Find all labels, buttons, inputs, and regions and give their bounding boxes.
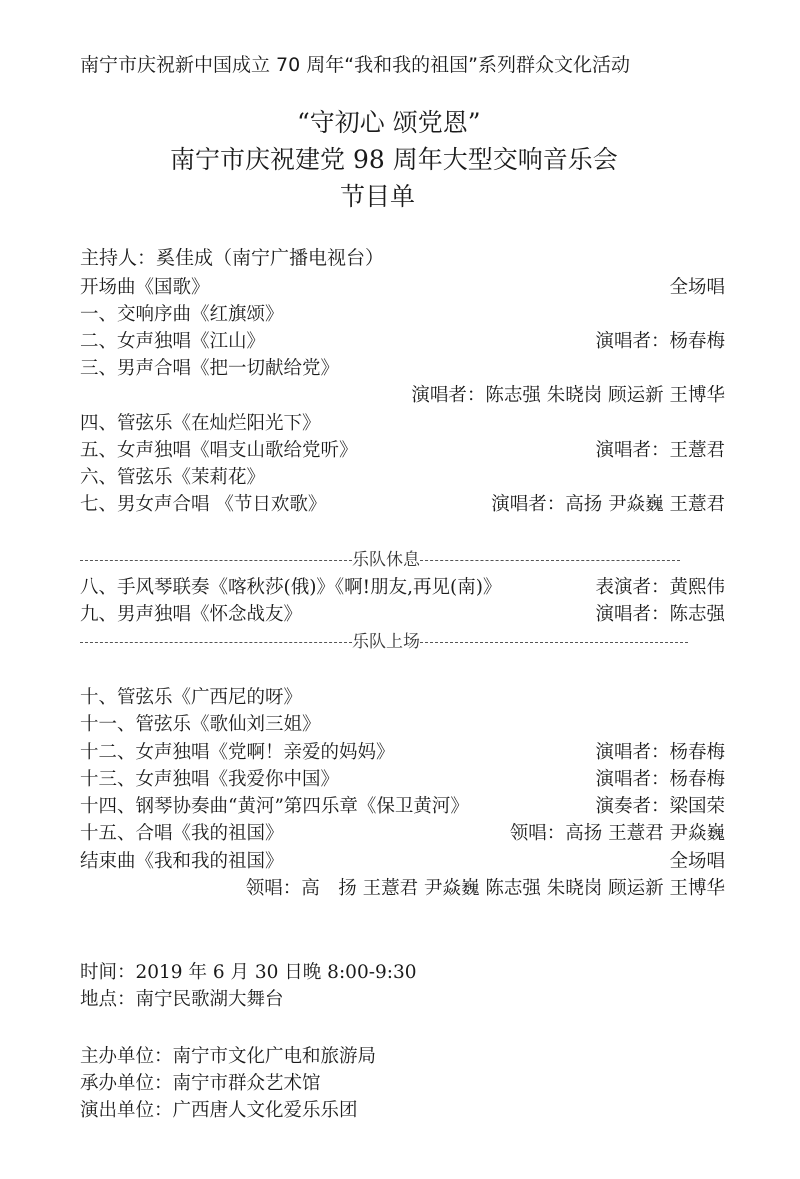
program-performer: 演唱者：杨春梅 bbox=[595, 738, 725, 764]
program-title: 八、手风琴联奏《喀秋莎(俄)》《啊!朋友,再见(南)》 bbox=[80, 573, 501, 599]
program-title: 十一、管弦乐《歌仙刘三姐》 bbox=[80, 710, 321, 736]
organizer-unit: 承办单位：南宁市群众艺术馆 bbox=[80, 1069, 321, 1095]
program-item: 六、管弦乐《茉莉花》 bbox=[80, 463, 725, 491]
program-item: 一、交响序曲《红旗颂》 bbox=[80, 300, 725, 328]
program-performer: 演唱者：王薏君 bbox=[595, 436, 725, 462]
program-performer: 演奏者：梁国荣 bbox=[595, 792, 725, 818]
program-item: 十一、管弦乐《歌仙刘三姐》 bbox=[80, 710, 725, 738]
program-item: 九、男声独唱《怀念战友》演唱者：陈志强 bbox=[80, 600, 725, 628]
program-title: 三、男声合唱《把一切献给党》 bbox=[80, 354, 339, 380]
intermission-label: 乐队休息 bbox=[352, 550, 420, 570]
program-item: 五、女声独唱《唱支山歌给党听》演唱者：王薏君 bbox=[80, 436, 725, 464]
host-unit: 主办单位：南宁市文化广电和旅游局 bbox=[80, 1042, 376, 1068]
divider-line bbox=[420, 642, 688, 643]
program-title: 五、女声独唱《唱支山歌给党听》 bbox=[80, 436, 358, 462]
event-venue: 地点：南宁民歌湖大舞台 bbox=[80, 985, 284, 1011]
theme-slogan: “守初心 颂党恩” bbox=[297, 103, 481, 139]
program-performer: 演唱者：杨春梅 bbox=[595, 327, 725, 353]
event-time: 时间：2019 年 6 月 30 日晚 8:00-9:30 bbox=[80, 958, 417, 984]
program-title: 九、男声独唱《怀念战友》 bbox=[80, 600, 302, 626]
program-performer: 演唱者：陈志强 bbox=[595, 600, 725, 626]
program-item: 十五、合唱《我的祖国》领唱：高扬 王薏君 尹焱巍 bbox=[80, 819, 725, 847]
event-title: 南宁市庆祝建党 98 周年大型交响音乐会 bbox=[170, 140, 618, 176]
divider-line bbox=[80, 642, 352, 643]
program-performer: 领唱：高 扬 王薏君 尹焱巍 陈志强 朱晓岗 顾运新 王博华 bbox=[246, 874, 725, 900]
program-title: 六、管弦乐《茉莉花》 bbox=[80, 463, 265, 489]
program-item: 七、男女声合唱 《节日欢歌》演唱者：高扬 尹焱巍 王薏君 bbox=[80, 490, 725, 518]
program-item: 开场曲《国歌》全场唱 bbox=[80, 273, 725, 301]
document-title: 节目单 bbox=[340, 177, 415, 213]
program-performer: 全场唱 bbox=[669, 847, 725, 873]
program-performer: 演唱者：陈志强 朱晓岗 顾运新 王博华 bbox=[411, 381, 725, 407]
program-title: 一、交响序曲《红旗颂》 bbox=[80, 300, 284, 326]
program-item: 八、手风琴联奏《喀秋莎(俄)》《啊!朋友,再见(南)》表演者：黄熙伟 bbox=[80, 573, 725, 601]
program-item: 四、管弦乐《在灿烂阳光下》 bbox=[80, 409, 725, 437]
program-performer: 演唱者：杨春梅 bbox=[595, 765, 725, 791]
program-item: 十二、女声独唱《党啊！亲爱的妈妈》演唱者：杨春梅 bbox=[80, 738, 725, 766]
program-title: 二、女声独唱《江山》 bbox=[80, 327, 265, 353]
program-title: 十四、钢琴协奏曲“黄河”第四乐章《保卫黄河》 bbox=[80, 792, 469, 818]
program-item: 二、女声独唱《江山》演唱者：杨春梅 bbox=[80, 327, 725, 355]
program-item: 十、管弦乐《广西尼的呀》 bbox=[80, 683, 725, 711]
program-title: 结束曲《我和我的祖国》 bbox=[80, 847, 284, 873]
program-item: 十三、女声独唱《我爱你中国》演唱者：杨春梅 bbox=[80, 765, 725, 793]
program-title: 十三、女声独唱《我爱你中国》 bbox=[80, 765, 339, 791]
resume-divider: 乐队上场 bbox=[80, 627, 725, 652]
program-title: 十、管弦乐《广西尼的呀》 bbox=[80, 683, 302, 709]
series-title: 南宁市庆祝新中国成立 70 周年“我和我的祖国”系列群众文化活动 bbox=[80, 50, 630, 77]
program-performer: 表演者：黄熙伟 bbox=[595, 573, 725, 599]
host-line: 主持人：奚佳成（南宁广播电视台） bbox=[80, 243, 384, 270]
performer-unit: 演出单位：广西唐人文化爱乐乐团 bbox=[80, 1096, 358, 1122]
program-title: 开场曲《国歌》 bbox=[80, 273, 210, 299]
divider-line bbox=[420, 560, 680, 561]
program-title: 四、管弦乐《在灿烂阳光下》 bbox=[80, 409, 321, 435]
program-title: 十五、合唱《我的祖国》 bbox=[80, 819, 284, 845]
program-performer: 全场唱 bbox=[669, 273, 725, 299]
program-performer: 演唱者：高扬 尹焱巍 王薏君 bbox=[491, 490, 725, 516]
program-item: 三、男声合唱《把一切献给党》 bbox=[80, 354, 725, 382]
program-title: 十二、女声独唱《党啊！亲爱的妈妈》 bbox=[80, 738, 395, 764]
program-title: 七、男女声合唱 《节日欢歌》 bbox=[80, 490, 326, 516]
program-performer: 领唱：高扬 王薏君 尹焱巍 bbox=[510, 819, 725, 845]
divider-line bbox=[80, 560, 352, 561]
program-item: 十四、钢琴协奏曲“黄河”第四乐章《保卫黄河》演奏者：梁国荣 bbox=[80, 792, 725, 820]
resume-label: 乐队上场 bbox=[352, 632, 420, 652]
program-item: 结束曲《我和我的祖国》全场唱 bbox=[80, 847, 725, 875]
program-item: 领唱：高 扬 王薏君 尹焱巍 陈志强 朱晓岗 顾运新 王博华 bbox=[80, 874, 725, 902]
program-item: 演唱者：陈志强 朱晓岗 顾运新 王博华 bbox=[80, 381, 725, 409]
intermission-divider: 乐队休息 bbox=[80, 545, 725, 570]
